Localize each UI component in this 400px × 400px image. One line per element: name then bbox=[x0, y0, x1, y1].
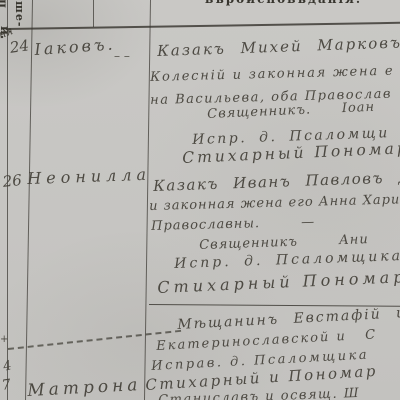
table-vertical-rule-header-only bbox=[93, 0, 94, 27]
entry2-record-line-2: и законная жена его Анна Харито bbox=[149, 193, 400, 213]
table-vertical-rule-counter-column bbox=[25, 0, 33, 400]
entry3-count-1: 4 bbox=[2, 359, 13, 373]
vertical-column-label-fragment: ше- bbox=[14, 1, 25, 27]
entry3-cross-mark: + bbox=[0, 335, 8, 345]
entry1-day-number: 24 bbox=[9, 38, 30, 56]
column-title-fragment: вѣроисповѣданія. bbox=[205, 0, 362, 5]
entry1-name: Іаковъ. bbox=[34, 36, 116, 58]
header-corner-fragment: щ bbox=[0, 0, 9, 8]
entry2-record-line-3: Православны. — bbox=[151, 216, 315, 233]
entry3-name: Матрона bbox=[27, 377, 142, 400]
entry2-name: Неонилла bbox=[27, 167, 151, 187]
entry1-name-dash: – – bbox=[114, 50, 130, 62]
entry1-record-line-2: Колесній и законная жена е bbox=[150, 65, 395, 84]
entry2-day-number: 26 bbox=[2, 173, 23, 190]
entry3-count-2: 7 bbox=[1, 378, 12, 393]
document-page: щ ше- й. вѣроисповѣданія. ня 24 Іаковъ. … bbox=[0, 0, 400, 400]
entry1-record-line-1: Казакъ Михей Марковъ bbox=[157, 35, 400, 59]
entry2-clergy-line-3: Стихарный Пономар bbox=[157, 269, 400, 296]
entry2-record-line-1: Казакъ Иванъ Павловъ Дре bbox=[153, 169, 400, 194]
table-header-rule bbox=[6, 22, 400, 30]
